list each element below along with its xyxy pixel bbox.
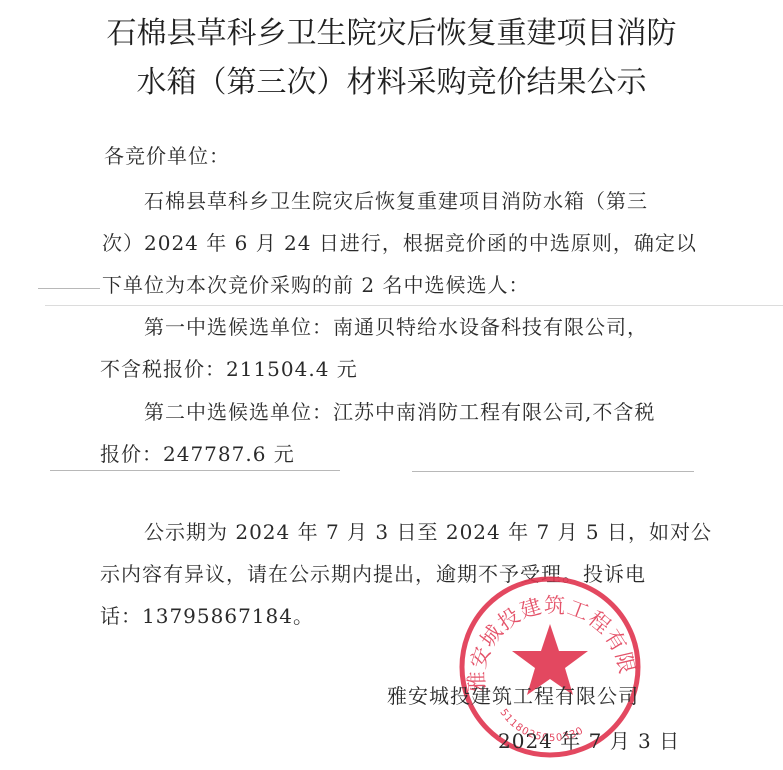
paragraph-2-line-1: 公示期为 2024 年 7 月 3 日至 2024 年 7 月 5 日，如对公 [144, 516, 712, 545]
salutation: 各竞价单位： [104, 140, 230, 169]
scan-artifact-line [38, 288, 100, 289]
candidate-1-line-1: 第一中选候选单位：南通贝特给水设备科技有限公司， [144, 311, 648, 340]
candidate-1-price: 不含税报价：211504.4 元 [100, 353, 358, 382]
title-line-1: 石棉县草科乡卫生院灾后恢复重建项目消防 [0, 8, 783, 52]
paragraph-1-line-1: 石棉县草科乡卫生院灾后恢复重建项目消防水箱（第三 [144, 185, 648, 214]
paragraph-1-line-2: 次）2024 年 6 月 24 日进行，根据竞价函的中选原则，确定以 [102, 227, 697, 256]
title-line-2: 水箱（第三次）材料采购竞价结果公示 [0, 57, 783, 101]
scan-artifact-line [50, 470, 340, 471]
paragraph-2-line-3: 话：13795867184。 [100, 600, 314, 629]
paragraph-1-line-3: 下单位为本次竞价采购的前 2 名中选候选人： [102, 269, 529, 298]
signature-company: 雅安城投建筑工程有限公司 [387, 680, 639, 709]
candidate-2-price: 报价：247787.6 元 [100, 438, 295, 467]
scan-artifact-line [412, 471, 694, 472]
scan-artifact-line [45, 305, 783, 306]
candidate-2-line-1: 第二中选候选单位：江苏中南消防工程有限公司,不含税 [144, 396, 655, 425]
signature-date: 2024 年 7 月 3 日 [498, 725, 680, 754]
